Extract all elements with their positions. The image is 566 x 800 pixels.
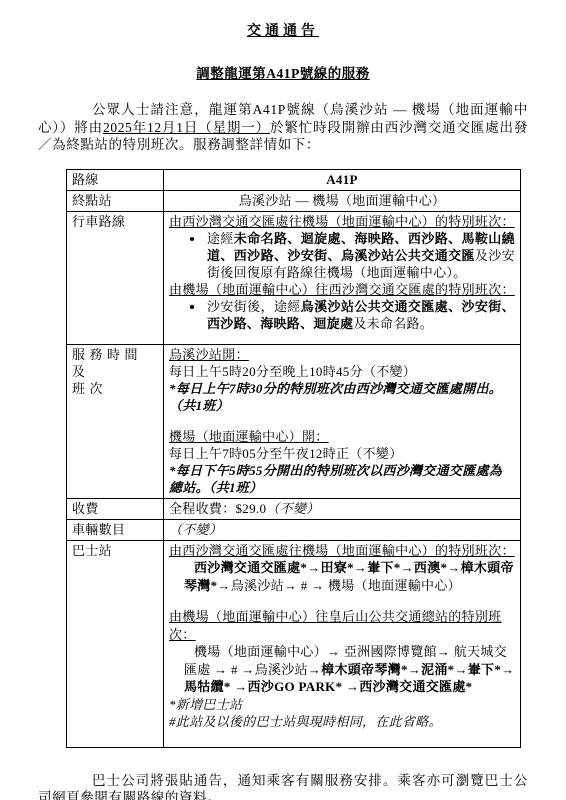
service-hours-label-line1: 服務時間及 (72, 347, 142, 379)
stops-note-same: #此站及以後的巴士站與現時相同，在此省略。 (169, 713, 515, 731)
terminus-label: 終點站 (67, 190, 164, 211)
table-row-service-hours: 服務時間及 班次 烏溪沙站開： 每日上午5時20分至晚上10時45分（不變） *… (67, 344, 521, 498)
service-from-wks-time: 每日上午5時20分至晚上10時45分（不變） (169, 363, 515, 380)
vehicles-value: （不變） (164, 519, 521, 540)
fare-value: 全程收費：$29.0（不變） (164, 498, 521, 519)
notice-title: 交通通告 (0, 20, 566, 40)
stops-outbound-sequence: 西沙灣交通交匯處*→田寮*→輋下*→西澳*→樟木頭帝琴灣*→烏溪沙站→ # → … (184, 559, 515, 594)
stops-heading-outbound: 由西沙灣交通交匯處往機場（地面運輸中心）的特別班次： (169, 542, 515, 560)
stops-outbound-rest: 烏溪沙站→ # → 機場（地面運輸中心） (231, 578, 461, 593)
service-table: 路線 A41P 終點站 烏溪沙站 — 機場（地面運輸中心） 行車路線 由西沙灣交… (66, 169, 521, 748)
terminus-value: 烏溪沙站 — 機場（地面運輸中心） (164, 190, 521, 211)
notice-subtitle: 調整龍運第A41P號線的服務 (0, 62, 566, 82)
footer-paragraph: 巴士公司將張貼通告，通知乘客有關服務安排。乘客亦可瀏覽巴士公司網頁參閱有關路線的… (38, 772, 528, 800)
table-row-vehicles: 車輛數目 （不變） (67, 519, 521, 540)
routing-heading-inbound: 由機場（地面運輸中心）往西沙灣交通交匯處的特別班次： (169, 281, 515, 298)
notice-title-text: 交通通告 (247, 24, 319, 39)
service-from-airport-heading: 機場（地面運輸中心）開： (169, 428, 515, 445)
routing-inbound-item: 沙安街後，途經烏溪沙站公共交通交匯處、沙安街、西沙路、海映路、迴旋處及未命名路。 (205, 298, 515, 332)
routing-value: 由西沙灣交通交匯處往機場（地面運輸中心）的特別班次： 途經未命名路、迴旋處、海映… (164, 211, 521, 344)
service-hours-label: 服務時間及 班次 (67, 344, 164, 498)
fare-label: 收費 (67, 498, 164, 519)
service-hours-value: 烏溪沙站開： 每日上午5時20分至晚上10時45分（不變） *每日上午7時30分… (164, 344, 521, 498)
routing-outbound-streets: 未命名路、迴旋處、海映路、西沙路、馬鞍山繞道、西沙路、沙安街、烏溪沙站公共交通交… (207, 231, 515, 263)
routing-outbound-pre: 途經 (207, 231, 234, 246)
service-from-airport-time: 每日上午7時05分至午夜12時正（不變） (169, 445, 515, 462)
routing-inbound-pre: 沙安街後，途經 (207, 299, 301, 314)
stops-note-new-stop: *新增巴士站 (169, 696, 515, 714)
intro-paragraph: 公眾人士請注意，龍運第A41P號線（烏溪沙站 — 機場（地面運輸中心））將由20… (38, 101, 528, 154)
notice-subtitle-text: 調整龍運第A41P號線的服務 (196, 66, 370, 81)
service-from-airport-note: *每日下午5時55分開出的特別班次以西沙灣交通交匯處為總站。（共1班） (169, 462, 515, 496)
routing-heading-outbound: 由西沙灣交通交匯處往機場（地面運輸中心）的特別班次： (169, 213, 515, 230)
service-from-wks-note: *每日上午7時30分的特別班次由西沙灣交通交匯處開出。（共1班） (169, 380, 515, 414)
routing-inbound-post: 及未命名路。 (353, 316, 433, 331)
routing-label: 行車路線 (67, 211, 164, 344)
route-value: A41P (164, 169, 521, 190)
bus-stops-label: 巴士站 (67, 540, 164, 747)
vehicles-label: 車輛數目 (67, 519, 164, 540)
notice-page: 交通通告 調整龍運第A41P號線的服務 公眾人士請注意，龍運第A41P號線（烏溪… (0, 0, 566, 800)
routing-outbound-item: 途經未命名路、迴旋處、海映路、西沙路、馬鞍山繞道、西沙路、沙安街、烏溪沙站公共交… (205, 230, 515, 281)
routing-outbound-list: 途經未命名路、迴旋處、海映路、西沙路、馬鞍山繞道、西沙路、沙安街、烏溪沙站公共交… (169, 230, 515, 281)
bus-stops-value: 由西沙灣交通交匯處往機場（地面運輸中心）的特別班次： 西沙灣交通交匯處*→田寮*… (164, 540, 521, 747)
table-row-bus-stops: 巴士站 由西沙灣交通交匯處往機場（地面運輸中心）的特別班次： 西沙灣交通交匯處*… (67, 540, 521, 747)
stops-heading-inbound: 由機場（地面運輸中心）往皇后山公共交通總站的特別班次： (169, 608, 515, 643)
table-row-terminus: 終點站 烏溪沙站 — 機場（地面運輸中心） (67, 190, 521, 211)
stops-inbound-sequence: 機場（地面運輸中心）→ 亞洲國際博覽館→ 航天城交匯處 → # →烏溪沙站→樟木… (184, 643, 515, 696)
service-from-wks-heading: 烏溪沙站開： (169, 346, 515, 363)
table-row-route: 路線 A41P (67, 169, 521, 190)
service-hours-label-line2: 班次 (72, 381, 107, 396)
intro-effective-date: 2025年12月1日（星期一） (103, 120, 270, 135)
table-row-routing: 行車路線 由西沙灣交通交匯處往機場（地面運輸中心）的特別班次： 途經未命名路、迴… (67, 211, 521, 344)
fare-amount: 全程收費：$29.0 (169, 501, 266, 516)
table-row-fare: 收費 全程收費：$29.0（不變） (67, 498, 521, 519)
route-label: 路線 (67, 169, 164, 190)
routing-inbound-list: 沙安街後，途經烏溪沙站公共交通交匯處、沙安街、西沙路、海映路、迴旋處及未命名路。 (169, 298, 515, 332)
fare-unchanged-note: （不變） (266, 501, 319, 516)
